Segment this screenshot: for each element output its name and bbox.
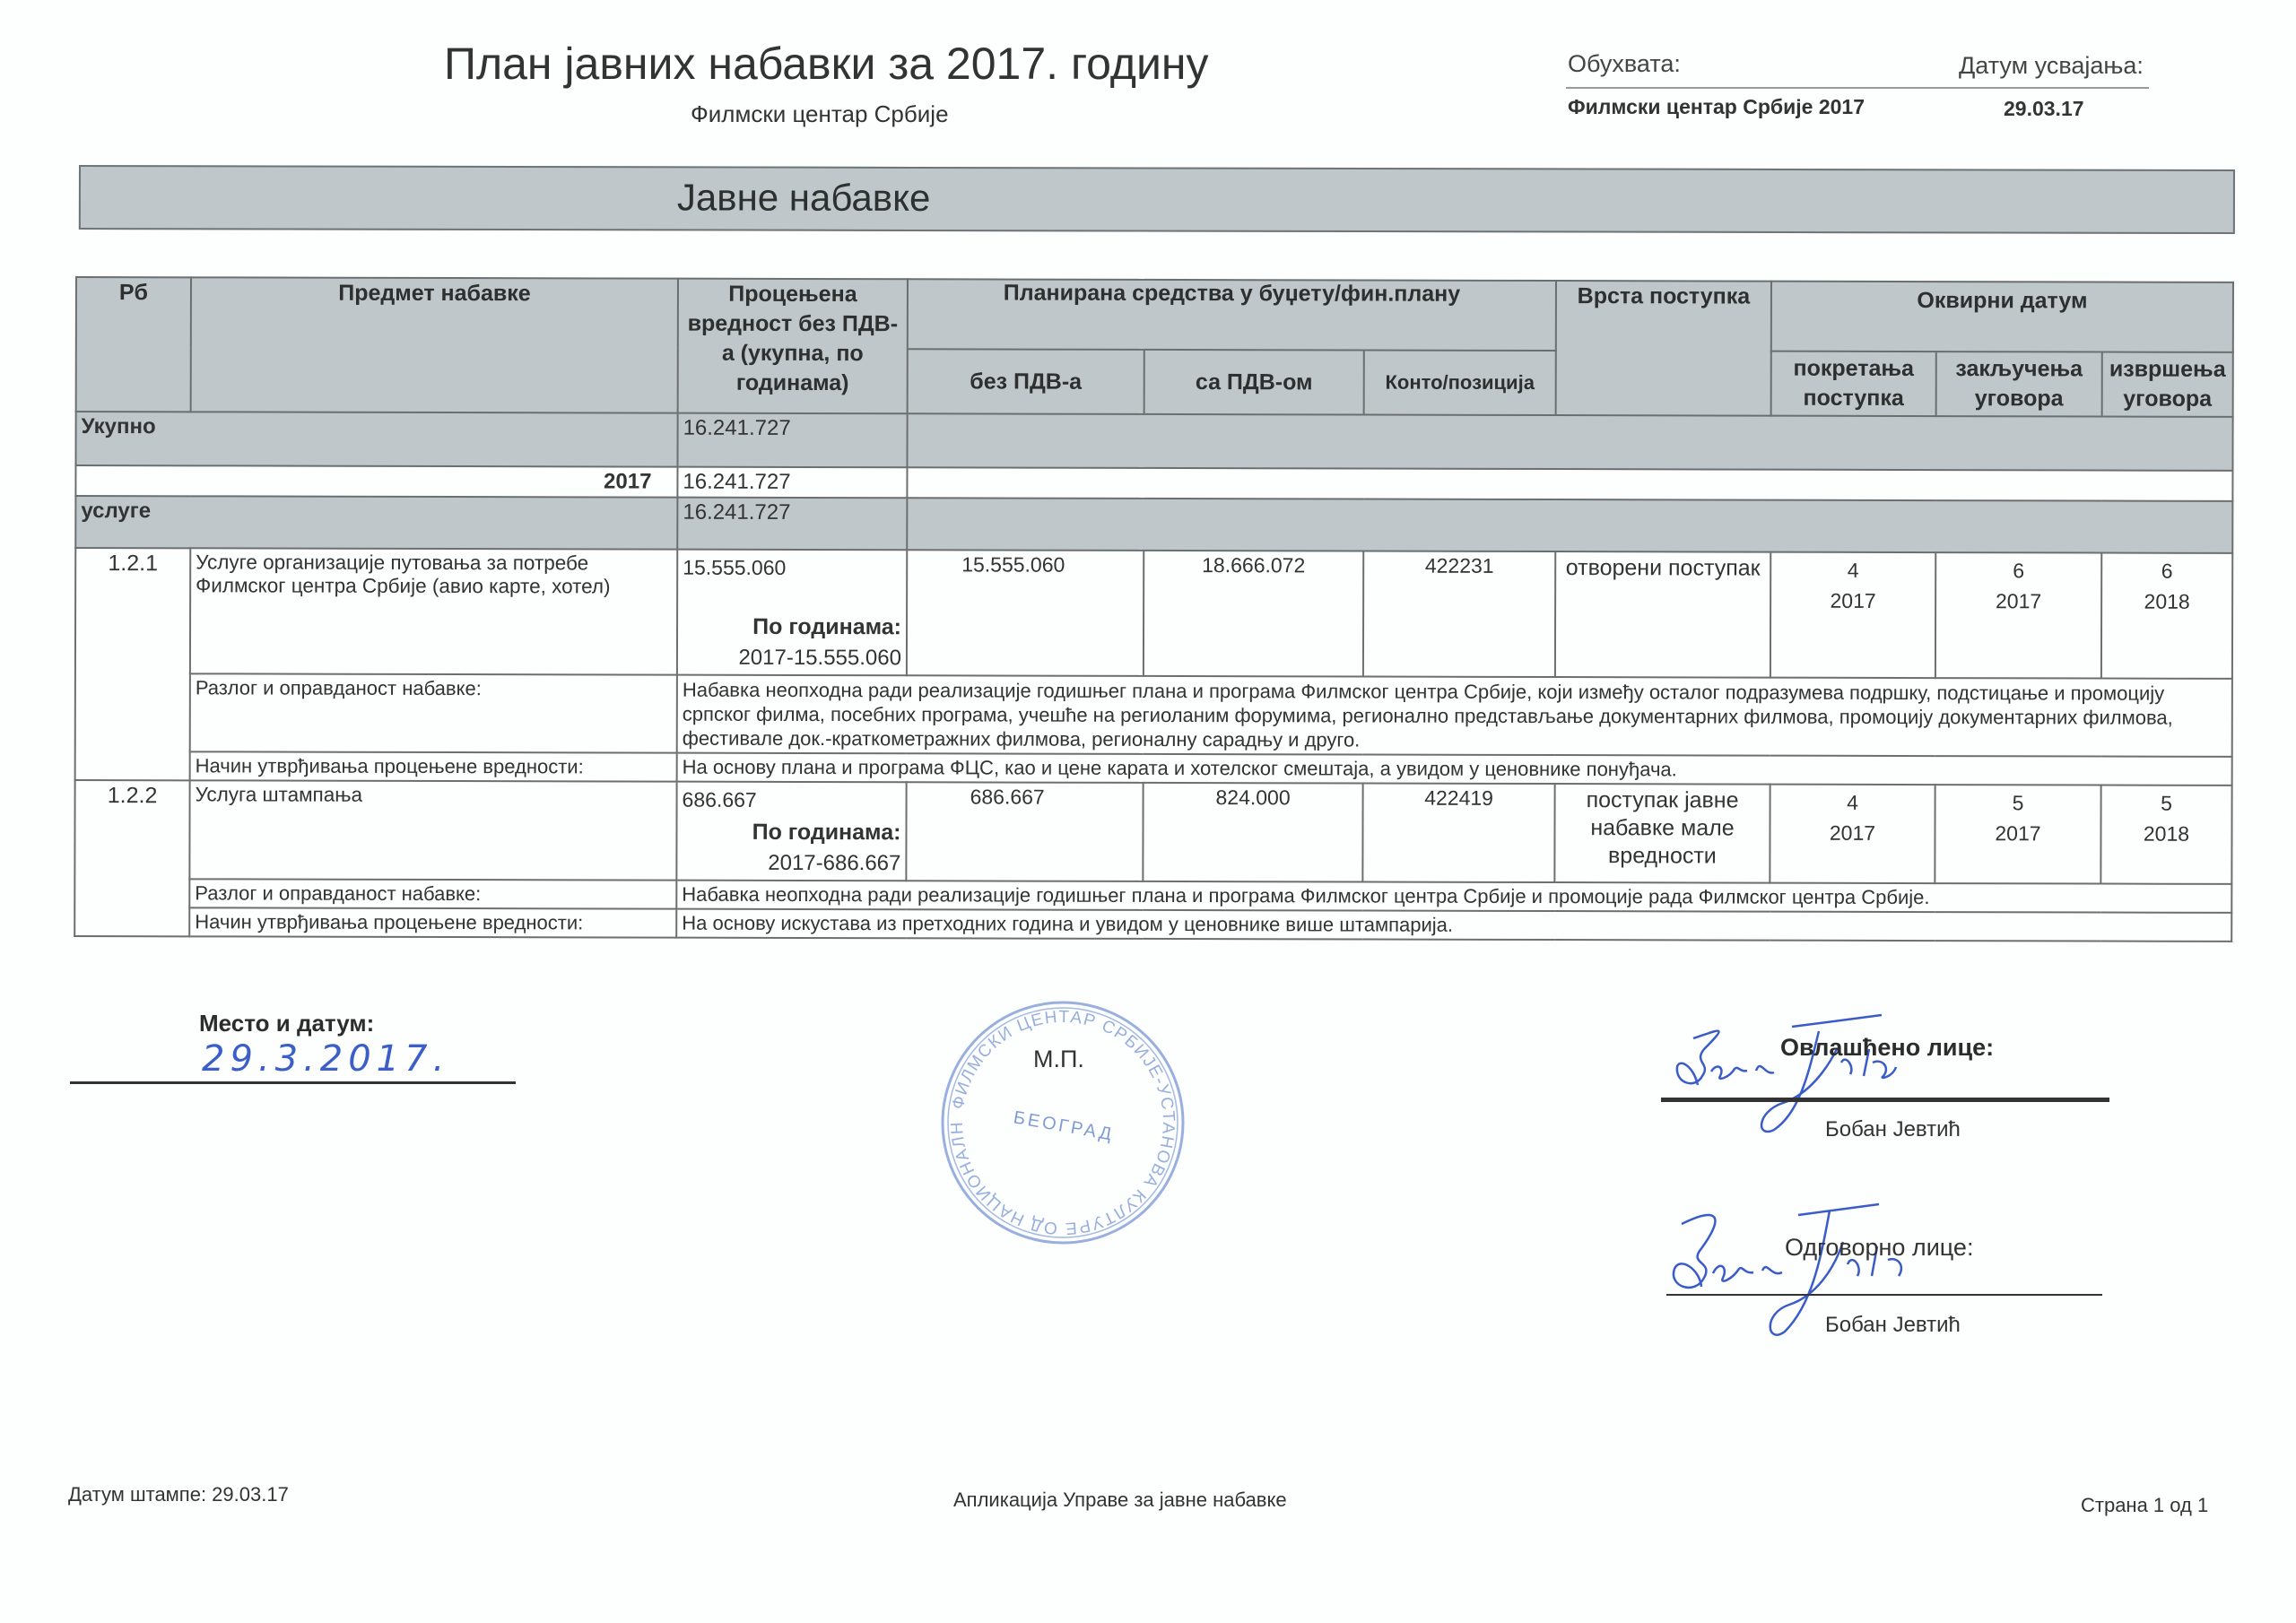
item-number: 1.2.2 [74, 780, 189, 936]
start-month: 4 [1847, 791, 1858, 814]
authorized-signature-line [1661, 1098, 2109, 1102]
item-execution-date: 62018 [2101, 553, 2232, 679]
application-name: Апликација Управе за јавне набавке [953, 1488, 1287, 1512]
adoption-date-value: 29.03.17 [2004, 97, 2084, 121]
col-header-framework-date: Оквирни датум [1771, 282, 2233, 352]
table-header-row: Рб Предмет набавке Процењена вредност бе… [76, 277, 2233, 352]
method-text: На основу искустава из претходних година… [676, 909, 2231, 942]
header-divider [1566, 87, 2149, 89]
total-row-filler [907, 413, 2232, 471]
contract-month: 5 [2013, 791, 2024, 814]
col-header-execution: извршења уговора [2102, 352, 2233, 417]
stamp-placeholder-label: М.П. [1033, 1046, 1084, 1073]
by-years-label: По годинама: [682, 820, 900, 846]
item-start-date: 42017 [1770, 785, 1935, 883]
table-row: 1.2.1 Услуге организације путовања за по… [75, 548, 2232, 679]
page-number: Страна 1 од 1 [2081, 1494, 2208, 1517]
authorized-person-label: Овлашћено лице: [1780, 1034, 1994, 1062]
scope-value: Филмски центар Србије 2017 [1568, 95, 1865, 119]
place-date-label: Место и датум: [199, 1010, 374, 1037]
item-account: 422231 [1363, 551, 1555, 678]
section-banner: Јавне набавке [79, 165, 2235, 234]
method-text: На основу плана и програма ФЦС, као и це… [677, 753, 2232, 785]
item-execution-date: 52018 [2100, 785, 2231, 884]
total-value: 16.241.727 [677, 413, 907, 468]
col-header-subject: Предмет набавке [191, 277, 678, 412]
col-header-contract: закључења уговора [1936, 352, 2102, 416]
col-header-start: покретања поступка [1771, 352, 1936, 416]
method-label: Начин утврђивања процењене вредности: [190, 751, 677, 781]
responsible-person-name: Бобан Јевтић [1825, 1313, 1961, 1338]
item-with-vat: 824.000 [1143, 783, 1362, 882]
stamp-city: БЕОГРАД [1012, 1107, 1116, 1144]
item-subject: Услуга штампања [189, 780, 676, 880]
table-row: 1.2.2 Услуга штампања 686.667 По годинам… [74, 780, 2231, 884]
item-contract-date: 62017 [1935, 552, 2101, 678]
category-label: услуге [75, 496, 677, 550]
start-month: 4 [1848, 559, 1859, 582]
responsible-person-label: Одговорно лице: [1785, 1234, 1973, 1262]
reason-label: Разлог и оправданост набавке: [190, 673, 677, 752]
procurement-table: Рб Предмет набавке Процењена вредност бе… [74, 276, 2234, 942]
by-years-value: 2017-15.555.060 [683, 646, 901, 672]
item-estimated-value-cell: 15.555.060 По годинама: 2017-15.555.060 [677, 550, 907, 676]
document-title: План јавних набавки за 2017. годину [444, 38, 1209, 90]
start-year: 2017 [1830, 821, 1875, 845]
item-account: 422419 [1362, 784, 1554, 883]
section-title: Јавне набавке [677, 168, 931, 228]
scope-label: Обухвата: [1568, 50, 1681, 78]
start-year: 2017 [1830, 589, 1875, 612]
contract-month: 6 [2013, 559, 2024, 582]
item-procedure: отворени поступак [1555, 551, 1770, 678]
item-number: 1.2.1 [75, 548, 191, 780]
item-estimated-value: 15.555.060 [683, 552, 901, 581]
total-label: Укупно [75, 412, 677, 467]
col-header-account: Конто/позиција [1364, 351, 1556, 416]
execution-year: 2018 [2144, 590, 2190, 613]
item-subject: Услуге организације путовања за потребе … [190, 548, 677, 674]
item-start-date: 42017 [1770, 552, 1935, 678]
adoption-date-label: Датум усвајања: [1959, 52, 2144, 80]
reason-text: Набавка неопходна ради реализације годиш… [676, 881, 2231, 913]
item-contract-date: 52017 [1935, 785, 2100, 883]
item-estimated-value-cell: 686.667 По годинама: 2017-686.667 [676, 782, 906, 881]
responsible-signature-line [1666, 1294, 2102, 1296]
place-date-handwritten: 29.3.2017. [202, 1038, 449, 1080]
year-label: 2017 [75, 465, 677, 498]
category-row-filler [907, 498, 2232, 553]
year-row-filler [907, 467, 2232, 501]
item-without-vat: 15.555.060 [907, 550, 1144, 676]
place-date-line [70, 1081, 516, 1084]
year-value: 16.241.727 [677, 467, 907, 499]
item-without-vat: 686.667 [906, 782, 1143, 881]
col-header-estimated-value: Процењена вредност без ПДВ-а (укупна, по… [678, 279, 908, 414]
reason-label: Разлог и оправданост набавке: [189, 879, 676, 908]
method-label: Начин утврђивања процењене вредности: [189, 907, 676, 937]
by-years-label: По годинама: [683, 614, 901, 641]
item-procedure: поступак јавне набавке мале вредности [1554, 784, 1770, 883]
col-header-rb: Рб [76, 277, 191, 412]
contract-year: 2017 [1996, 589, 2041, 612]
execution-month: 6 [2161, 560, 2173, 583]
contract-year: 2017 [1995, 821, 2040, 845]
method-row: Начин утврђивања процењене вредности: На… [74, 907, 2231, 942]
col-header-planned-funds: Планирана средства у буџету/фин.плану [908, 279, 1556, 351]
reason-text: Набавка неопходна ради реализације годиш… [677, 675, 2232, 757]
reason-row: Разлог и оправданост набавке: Набавка не… [75, 673, 2232, 757]
category-row: услуге 16.241.727 [75, 496, 2232, 553]
by-years-value: 2017-686.667 [682, 851, 900, 877]
print-date: Датум штампе: 29.03.17 [68, 1483, 289, 1506]
category-value: 16.241.727 [677, 498, 907, 551]
official-stamp-icon: ФИЛМСКИ ЦЕНТАР СРБИЈЕ-УСТАНОВА КУЛТУРЕ О… [937, 997, 1188, 1248]
document-subtitle: Филмски центар Србије [691, 100, 949, 128]
col-header-procedure-type: Врста поступка [1556, 281, 1771, 416]
item-estimated-value: 686.667 [683, 785, 901, 813]
total-row: Укупно 16.241.727 [75, 412, 2232, 471]
col-header-without-vat: без ПДВ-а [908, 349, 1144, 414]
execution-month: 5 [2161, 792, 2172, 815]
authorized-person-name: Бобан Јевтић [1825, 1117, 1961, 1142]
execution-year: 2018 [2144, 822, 2189, 846]
col-header-with-vat: са ПДВ-ом [1144, 350, 1364, 415]
item-with-vat: 18.666.072 [1144, 551, 1363, 677]
